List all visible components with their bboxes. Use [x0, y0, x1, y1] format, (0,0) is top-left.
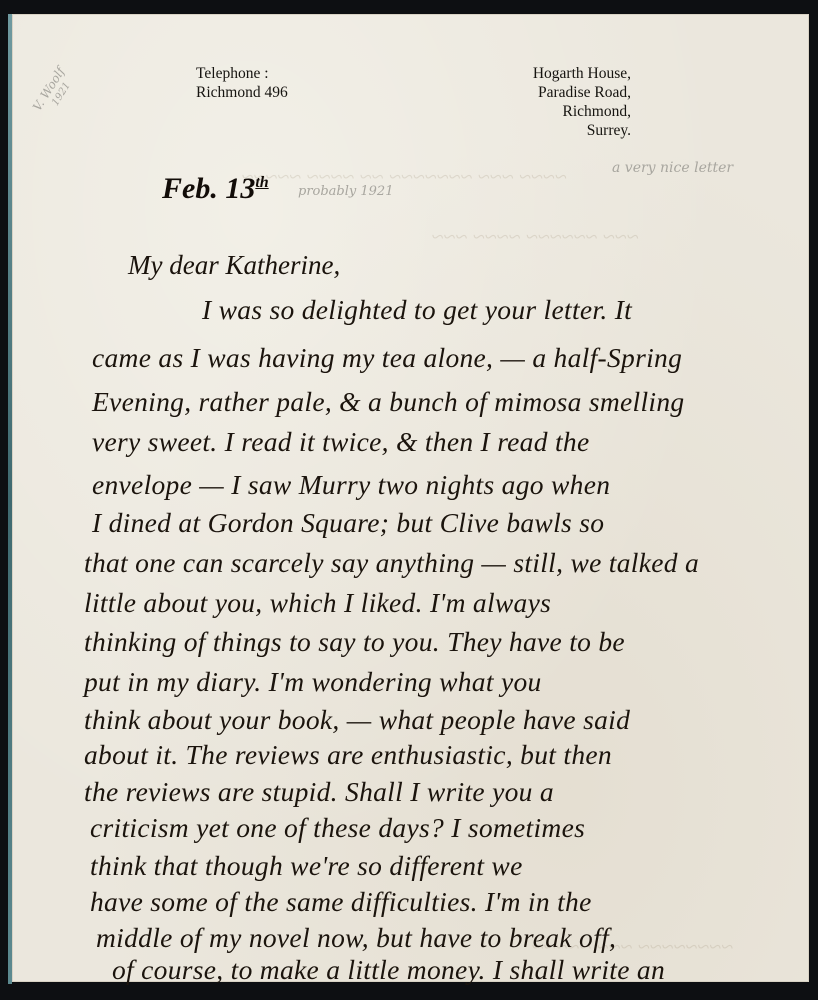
letter-line: middle of my novel now, but have to brea…: [96, 922, 616, 954]
letter-line: thinking of things to say to you. They h…: [84, 626, 625, 658]
letter-line: about it. The reviews are enthusiastic, …: [84, 739, 612, 771]
address-line: Hogarth House,: [533, 64, 631, 83]
date-suffix: th: [255, 174, 268, 191]
letter-line: think that though we're so different we: [90, 850, 523, 882]
letter-page: ~~~~ ~~~ ~~~~~~~ ~~ ~~~~ ~~~~~ ~~~ ~~~~~…: [12, 14, 809, 982]
reverse-show-through: ~~~~ ~~~ ~~~~~~~ ~~ ~~~~ ~~~~~: [242, 164, 567, 190]
salutation: My dear Katherine,: [128, 250, 340, 281]
pencil-margin-attribution: V. Woolf 1921: [30, 65, 79, 121]
letter-line: of course, to make a little money. I sha…: [112, 954, 665, 986]
reverse-show-through: ~~~ ~~~~~~ ~~~~ ~~~: [432, 224, 639, 250]
letter-line: Evening, rather pale, & a bunch of mimos…: [92, 386, 684, 418]
address-line: Surrey.: [533, 121, 631, 140]
letter-line: I dined at Gordon Square; but Clive bawl…: [92, 507, 604, 539]
letterhead-telephone: Telephone : Richmond 496: [196, 64, 288, 102]
letterhead-address: Hogarth House, Paradise Road, Richmond, …: [533, 64, 631, 140]
date-text: Feb. 13: [162, 172, 255, 205]
letter-line: little about you, which I liked. I'm alw…: [84, 587, 551, 619]
letter-line: came as I was having my tea alone, — a h…: [92, 342, 682, 374]
telephone-label: Telephone :: [196, 64, 288, 83]
letter-date: Feb. 13th: [162, 172, 269, 206]
letter-line: think about your book, — what people hav…: [84, 704, 630, 736]
pencil-note: a very nice letter: [612, 160, 733, 176]
address-line: Paradise Road,: [533, 83, 631, 102]
letter-line: criticism yet one of these days? I somet…: [90, 812, 585, 844]
letter-line: very sweet. I read it twice, & then I re…: [92, 426, 589, 458]
letter-line: that one can scarcely say anything — sti…: [84, 547, 699, 579]
address-line: Richmond,: [533, 102, 631, 121]
letter-line: put in my diary. I'm wondering what you: [84, 666, 542, 698]
pencil-date-note: probably 1921: [298, 184, 393, 199]
letter-line: have some of the same difficulties. I'm …: [90, 886, 592, 918]
telephone-number: Richmond 496: [196, 83, 288, 102]
letter-line: the reviews are stupid. Shall I write yo…: [84, 776, 554, 808]
letter-line: I was so delighted to get your letter. I…: [202, 294, 632, 326]
letter-line: envelope — I saw Murry two nights ago wh…: [92, 469, 610, 501]
